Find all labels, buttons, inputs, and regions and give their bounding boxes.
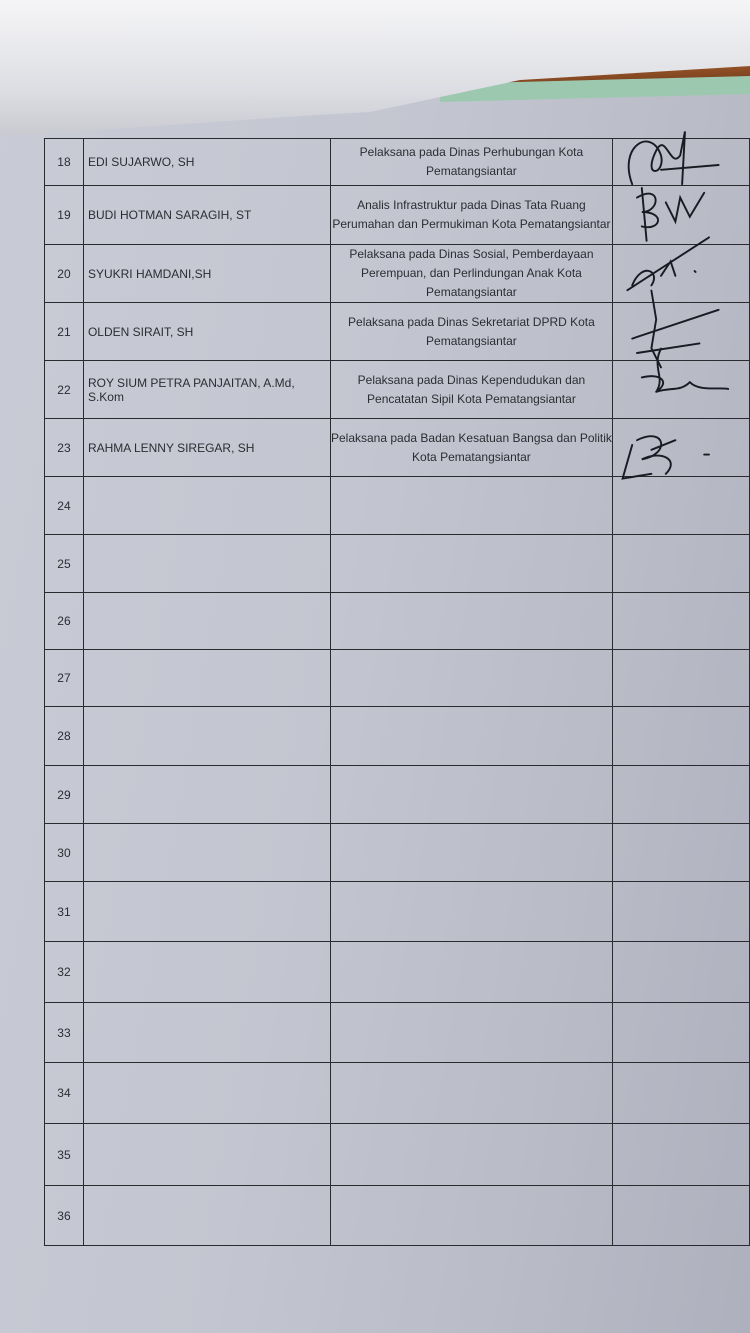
row-name (83, 1186, 330, 1246)
signature-cell (613, 824, 750, 882)
signature-cell (613, 1186, 750, 1246)
row-name (83, 1003, 330, 1063)
table-row: 28 (45, 707, 750, 766)
row-number: 25 (45, 535, 84, 593)
row-position (330, 1003, 613, 1063)
table-row: 31 (45, 882, 750, 942)
table-row: 26 (45, 593, 750, 650)
table-row: 25 (45, 535, 750, 593)
row-position: Analis Infrastruktur pada Dinas Tata Rua… (330, 186, 613, 245)
signature-cell (613, 1003, 750, 1063)
table-row: 23RAHMA LENNY SIREGAR, SHPelaksana pada … (45, 419, 750, 477)
row-name (83, 942, 330, 1003)
table-row: 22ROY SIUM PETRA PANJAITAN, A.Md, S.KomP… (45, 361, 750, 419)
row-number: 35 (45, 1124, 84, 1186)
row-name: RAHMA LENNY SIREGAR, SH (83, 419, 330, 477)
signature-cell (613, 593, 750, 650)
row-number: 21 (45, 303, 84, 361)
table-row: 35 (45, 1124, 750, 1186)
row-name (83, 766, 330, 824)
row-number: 20 (45, 245, 84, 303)
signature-cell (613, 1124, 750, 1186)
table-row: 29 (45, 766, 750, 824)
row-number: 31 (45, 882, 84, 942)
row-position: Pelaksana pada Dinas Kependudukan dan Pe… (330, 361, 613, 419)
row-name: BUDI HOTMAN SARAGIH, ST (83, 186, 330, 245)
row-name (83, 593, 330, 650)
row-number: 28 (45, 707, 84, 766)
row-position (330, 1063, 613, 1124)
row-name (83, 535, 330, 593)
row-number: 36 (45, 1186, 84, 1246)
signature-cell (613, 477, 750, 535)
signature-cell (613, 186, 750, 245)
signature-cell (613, 535, 750, 593)
row-name (83, 477, 330, 535)
table-row: 33 (45, 1003, 750, 1063)
row-number: 22 (45, 361, 84, 419)
row-position (330, 766, 613, 824)
row-position (330, 477, 613, 535)
row-position (330, 942, 613, 1003)
table-row: 34 (45, 1063, 750, 1124)
row-position (330, 707, 613, 766)
table-row: 19BUDI HOTMAN SARAGIH, STAnalis Infrastr… (45, 186, 750, 245)
row-position: Pelaksana pada Dinas Perhubungan Kota Pe… (330, 139, 613, 186)
signature-cell (613, 139, 750, 186)
row-position (330, 593, 613, 650)
row-number: 33 (45, 1003, 84, 1063)
row-number: 18 (45, 139, 84, 186)
signature-cell (613, 245, 750, 303)
row-number: 23 (45, 419, 84, 477)
row-number: 24 (45, 477, 84, 535)
row-number: 26 (45, 593, 84, 650)
table-row: 36 (45, 1186, 750, 1246)
signature-table-body: 18EDI SUJARWO, SHPelaksana pada Dinas Pe… (45, 139, 750, 1246)
signature-cell (613, 942, 750, 1003)
row-position (330, 824, 613, 882)
table-row: 21OLDEN SIRAIT, SHPelaksana pada Dinas S… (45, 303, 750, 361)
row-name (83, 824, 330, 882)
row-position: Pelaksana pada Dinas Sekretariat DPRD Ko… (330, 303, 613, 361)
row-number: 30 (45, 824, 84, 882)
row-position (330, 1124, 613, 1186)
row-number: 29 (45, 766, 84, 824)
row-number: 19 (45, 186, 84, 245)
row-position (330, 882, 613, 942)
row-name: EDI SUJARWO, SH (83, 139, 330, 186)
table-row: 32 (45, 942, 750, 1003)
signature-cell (613, 650, 750, 707)
signature-cell (613, 361, 750, 419)
row-name: SYUKRI HAMDANI,SH (83, 245, 330, 303)
signature-cell (613, 707, 750, 766)
row-name: OLDEN SIRAIT, SH (83, 303, 330, 361)
signature-cell (613, 882, 750, 942)
row-position (330, 535, 613, 593)
table-row: 30 (45, 824, 750, 882)
row-position (330, 650, 613, 707)
signature-cell (613, 1063, 750, 1124)
row-position: Pelaksana pada Badan Kesatuan Bangsa dan… (330, 419, 613, 477)
row-name (83, 1063, 330, 1124)
row-position: Pelaksana pada Dinas Sosial, Pemberdayaa… (330, 245, 613, 303)
row-name (83, 882, 330, 942)
row-name (83, 707, 330, 766)
row-name (83, 650, 330, 707)
row-position (330, 1186, 613, 1246)
signature-cell (613, 303, 750, 361)
table-row: 18EDI SUJARWO, SHPelaksana pada Dinas Pe… (45, 139, 750, 186)
row-number: 32 (45, 942, 84, 1003)
row-number: 34 (45, 1063, 84, 1124)
signature-table: 18EDI SUJARWO, SHPelaksana pada Dinas Pe… (44, 138, 750, 1246)
folded-top-page (0, 0, 750, 140)
row-number: 27 (45, 650, 84, 707)
row-name (83, 1124, 330, 1186)
row-name: ROY SIUM PETRA PANJAITAN, A.Md, S.Kom (83, 361, 330, 419)
table-row: 20SYUKRI HAMDANI,SHPelaksana pada Dinas … (45, 245, 750, 303)
signature-cell (613, 766, 750, 824)
table-row: 24 (45, 477, 750, 535)
signature-cell (613, 419, 750, 477)
table-row: 27 (45, 650, 750, 707)
